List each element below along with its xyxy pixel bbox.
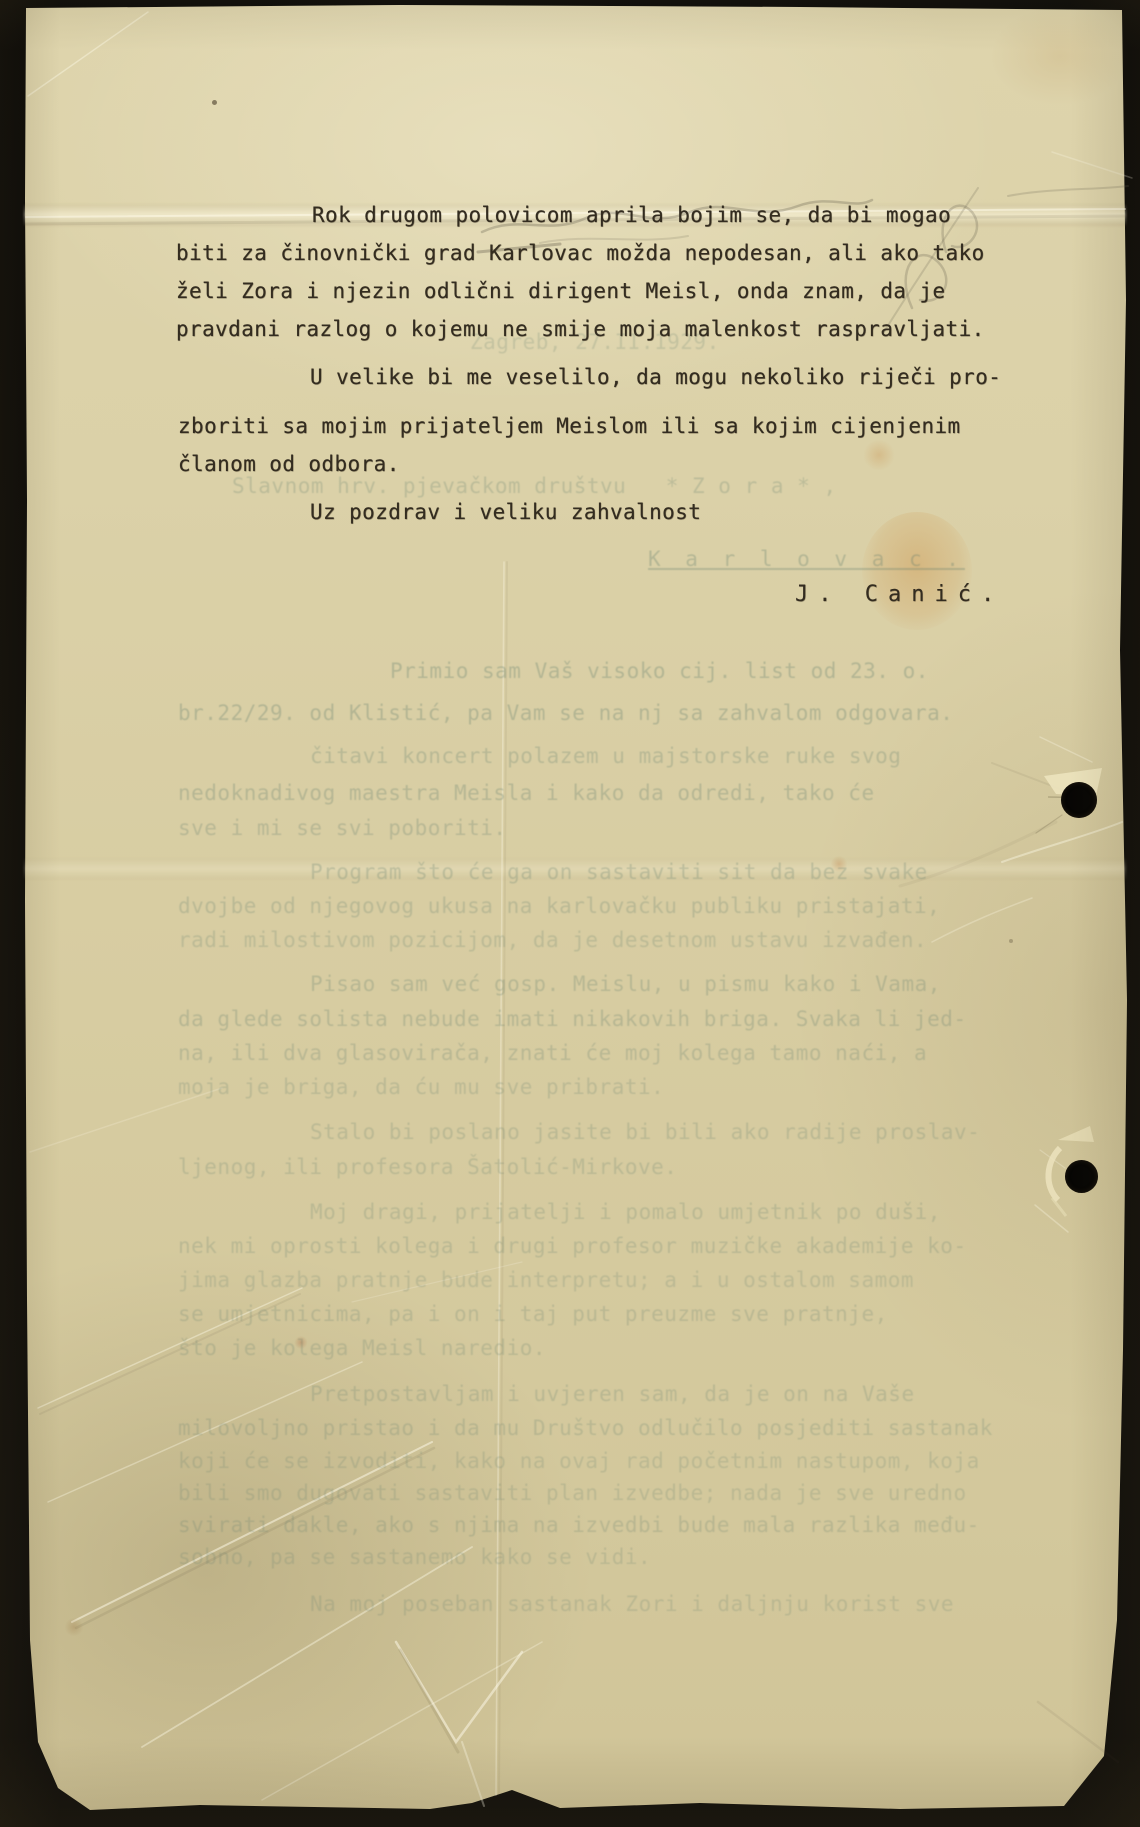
ghost-line: sobno, pa se sastanemo kako se vidi. — [178, 1545, 651, 1569]
ghost-line: čitavi koncert polazem u majstorske ruke… — [310, 744, 901, 768]
scanned-letter: Zagreb, 27.II.1929.Slavnom hrv. pjevačko… — [0, 0, 1140, 1827]
ghost-line: Pretpostavljam i uvjeren sam, da je on n… — [310, 1382, 915, 1406]
ghost-line: Stalo bi poslano jasite bi bili ako radi… — [310, 1120, 980, 1144]
ghost-line: bili smo dugovati sastaviti plan izvedbe… — [178, 1481, 967, 1505]
ghost-line: nek mi oprosti kolega i drugi profesor m… — [178, 1234, 967, 1258]
typed-line: članom od odbora. — [178, 452, 400, 476]
ghost-line: na, ili dva glasovirača, znati će moj ko… — [178, 1041, 927, 1065]
ghost-line: što je kolega Meisl naredio. — [178, 1336, 546, 1360]
ghost-line: K a r l o v a c . — [648, 547, 965, 571]
ghost-line: koji će se izvoditi, kako na ovaj rad po… — [178, 1449, 980, 1473]
ink-speck — [1009, 939, 1013, 943]
typed-line: pravdani razlog o kojemu ne smije moja m… — [176, 317, 985, 341]
typed-line: biti za činovnički grad Karlovac možda n… — [176, 241, 985, 265]
ghost-line: jima glazba pratnje bude interpretu; a i… — [178, 1268, 914, 1292]
typed-line: Uz pozdrav i veliku zahvalnost — [310, 500, 701, 524]
signature-line: J. Canić. — [795, 582, 1004, 607]
ghost-line: Na moj poseban sastanak Zori i daljnju k… — [310, 1592, 954, 1616]
ghost-line: Slavnom hrv. pjevačkom društvu * Z o r a… — [232, 474, 837, 498]
ghost-line: radi milostivom pozicijom, da je desetno… — [178, 928, 927, 952]
ghost-line: dvojbe od njegovog ukusa na karlovačku p… — [178, 894, 940, 918]
typed-line: želi Zora i njezin odlični dirigent Meis… — [176, 279, 946, 303]
ghost-line: da glede solista nebude imati nikakovih … — [178, 1007, 967, 1031]
punch-hole — [1061, 782, 1097, 818]
punch-hole — [1065, 1160, 1098, 1193]
ghost-line: br.22/29. od Klistić, pa Vam se na nj sa… — [178, 701, 953, 725]
ghost-line: Moj dragi, prijatelji i pomalo umjetnik … — [310, 1200, 941, 1224]
ghost-line: moja je briga, da ću mu sve pribrati. — [178, 1075, 664, 1099]
ghost-line: se umjetnicima, pa i on i taj put preuzm… — [178, 1302, 888, 1326]
typed-line: Rok drugom polovicom aprila bojim se, da… — [312, 203, 951, 227]
ghost-line: milovoljno pristao i da mu Društvo odluč… — [178, 1416, 993, 1440]
ghost-line: ljenog, ili profesora Šatolić-Mirkove. — [178, 1155, 677, 1179]
ghost-line: Program što će ga on sastaviti sit da be… — [310, 860, 928, 884]
typed-line: U velike bi me veselilo, da mogu nekolik… — [310, 365, 1001, 389]
ghost-line: Pisao sam već gosp. Meislu, u pismu kako… — [310, 972, 941, 996]
ink-speck — [212, 100, 217, 105]
ghost-line: sve i mi se svi poboriti. — [178, 816, 507, 840]
ghost-line: nedoknadivog maestra Meisla i kako da od… — [178, 781, 875, 805]
typed-line: zboriti sa mojim prijateljem Meislom ili… — [178, 414, 961, 438]
ghost-line: Primio sam Vaš visoko cij. list od 23. o… — [390, 659, 929, 683]
ghost-line: svirati dakle, ako s njima na izvedbi bu… — [178, 1513, 980, 1537]
